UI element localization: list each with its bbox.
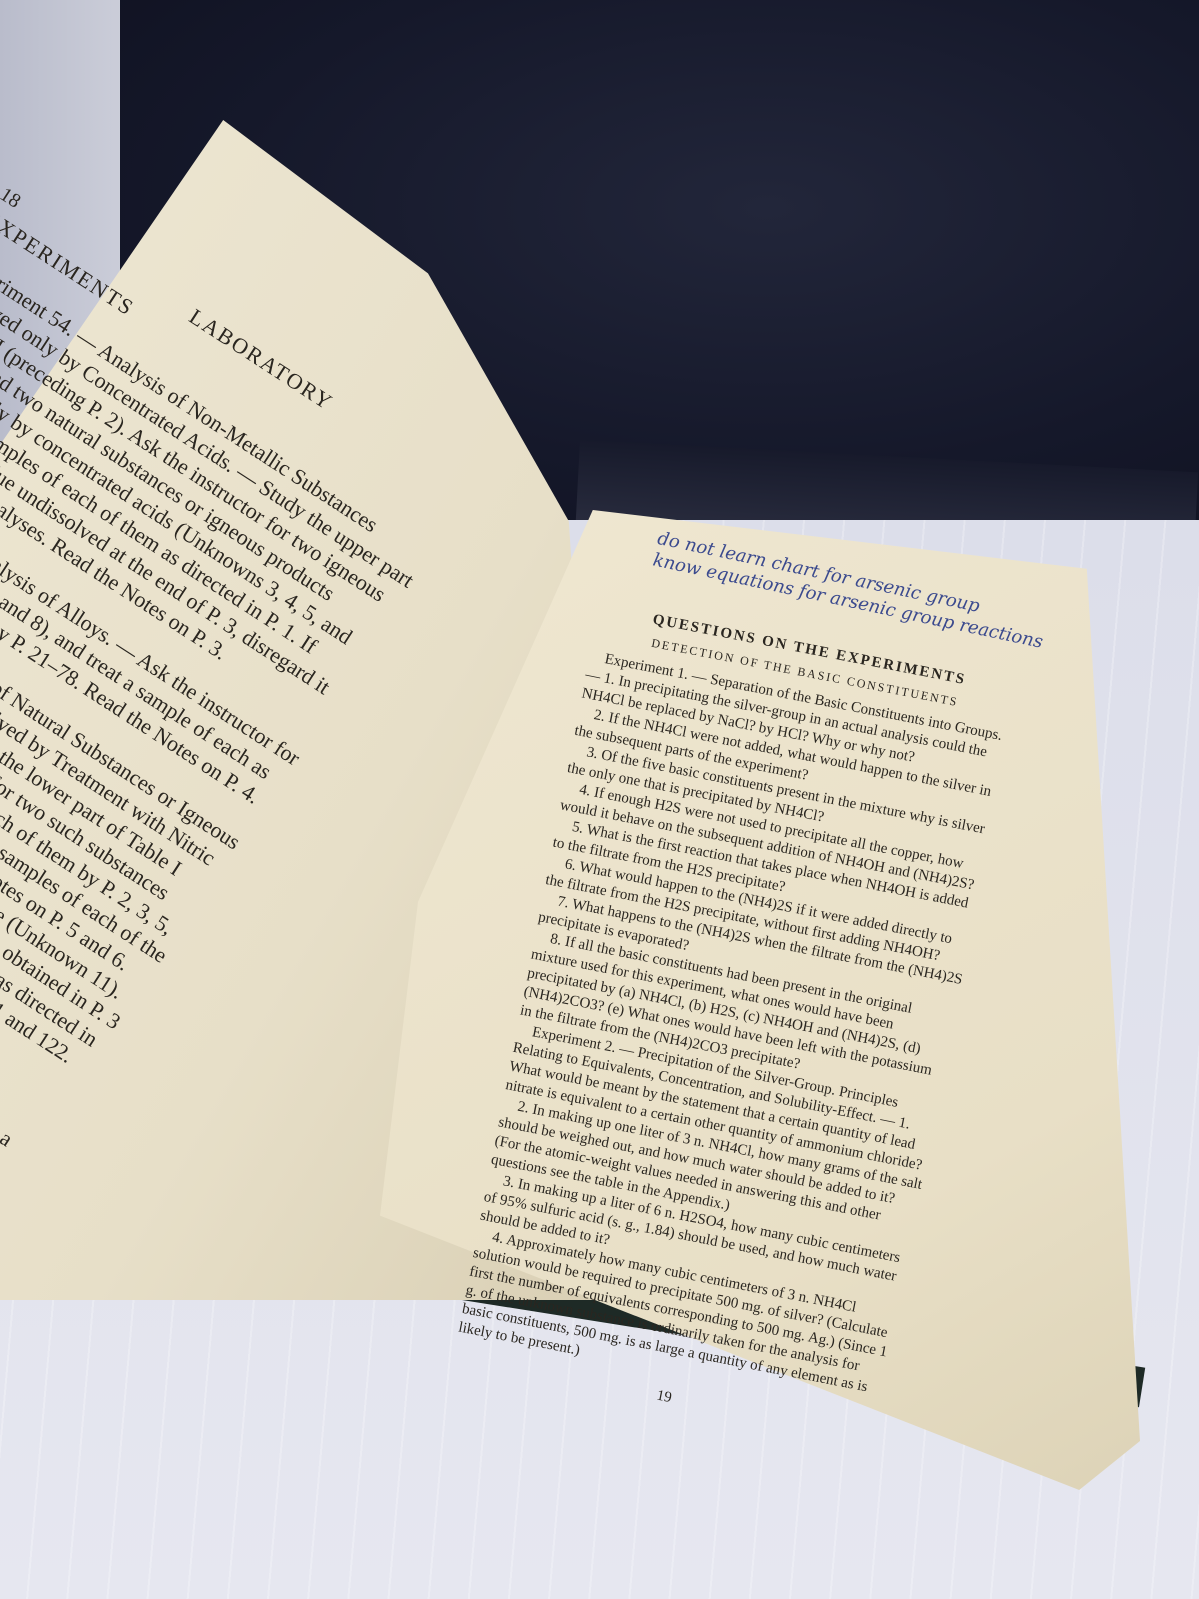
left-page-number: 18 xyxy=(0,183,25,212)
